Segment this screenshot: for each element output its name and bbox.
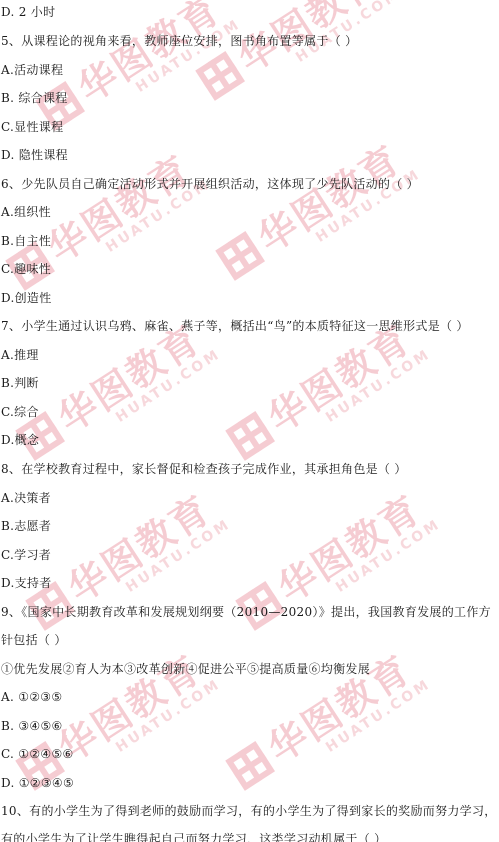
- document-line: C. ①②④⑤⑥: [1, 746, 74, 762]
- document-line: 针包括（ ）: [1, 632, 67, 648]
- huatu-watermark: 华图教育HUATU.COM: [183, 0, 417, 128]
- watermark-en-text: HUATU.COM: [133, 16, 244, 96]
- watermark-cn-text: 华图教育: [66, 0, 230, 113]
- watermark-cn-text: 华图教育: [246, 129, 410, 262]
- huatu-watermark: 华图教育HUATU.COM: [213, 622, 447, 817]
- watermark-cn-text: 华图教育: [266, 479, 430, 612]
- watermark-en-text: HUATU.COM: [123, 516, 234, 596]
- document-line: 7、小学生通过认识乌鸦、麻雀、燕子等，概括出“鸟”的本质特征这一思维形式是（ ）: [1, 318, 469, 334]
- document-line: A.推理: [1, 347, 39, 363]
- document-line: B.志愿者: [1, 518, 51, 534]
- document-line: 6、少先队员自己确定活动形式并开展组织活动，这体现了少先队活动的（ ）: [1, 176, 419, 192]
- document-line: D. ①②③④⑤: [1, 775, 74, 791]
- watermark-en-text: HUATU.COM: [113, 676, 224, 756]
- document-line: B. 综合课程: [1, 90, 68, 106]
- document-line: ①优先发展②育人为本③改革创新④促进公平⑤提高质量⑥均衡发展: [1, 661, 370, 677]
- document-line: 10、有的小学生为了得到老师的鼓励而学习，有的小学生为了得到家长的奖励而努力学习…: [1, 803, 497, 819]
- document-line: C.显性课程: [1, 119, 63, 135]
- document-line: A.组织性: [1, 204, 51, 220]
- document-line: 有的小学生为了让学生瞧得起自己而努力学习，这类学习动机属于（ ）: [1, 831, 386, 842]
- huatu-logo-icon: [225, 741, 275, 791]
- document-line: D.支持者: [1, 575, 52, 591]
- document-line: 8、在学校教育过程中，家长督促和检查孩子完成作业，其承担角色是（ ）: [1, 461, 407, 477]
- watermark-cn-text: 华图教育: [256, 639, 420, 772]
- document-line: A.决策者: [1, 490, 51, 506]
- watermark-layer: 华图教育HUATU.COM华图教育HUATU.COM华图教育HUATU.COM华…: [0, 0, 499, 842]
- document-line: D.创造性: [1, 290, 52, 306]
- watermark-en-text: HUATU.COM: [333, 516, 444, 596]
- document-line: 9、《国家中长期教育改革和发展规划纲要（2010—2020）》提出，我国教育发展…: [1, 604, 491, 620]
- document-line: B.判断: [1, 375, 39, 391]
- huatu-watermark: 华图教育HUATU.COM: [203, 112, 437, 307]
- document-line: C.学习者: [1, 547, 51, 563]
- watermark-en-text: HUATU.COM: [323, 346, 434, 426]
- watermark-en-text: HUATU.COM: [323, 676, 434, 756]
- document-line: C.趣味性: [1, 261, 51, 277]
- watermark-en-text: HUATU.COM: [113, 346, 224, 426]
- document-line: B.自主性: [1, 233, 51, 249]
- document-line: 5、从课程论的视角来看，教师座位安排，图书角布置等属于（ ）: [1, 33, 357, 49]
- document-line: D. 2 小时: [1, 4, 55, 20]
- huatu-watermark: 华图教育HUATU.COM: [223, 462, 457, 657]
- document-line: C.综合: [1, 404, 39, 420]
- watermark-cn-text: 华图教育: [56, 479, 220, 612]
- huatu-logo-icon: [225, 411, 275, 461]
- huatu-logo-icon: [215, 231, 265, 281]
- document-line: B. ③④⑤⑥: [1, 718, 63, 734]
- document-line: D.概念: [1, 432, 39, 448]
- document-line: D. 隐性课程: [1, 147, 68, 163]
- document-line: A.活动课程: [1, 62, 63, 78]
- huatu-logo-icon: [195, 51, 245, 101]
- document-line: A. ①②③⑤: [1, 689, 62, 705]
